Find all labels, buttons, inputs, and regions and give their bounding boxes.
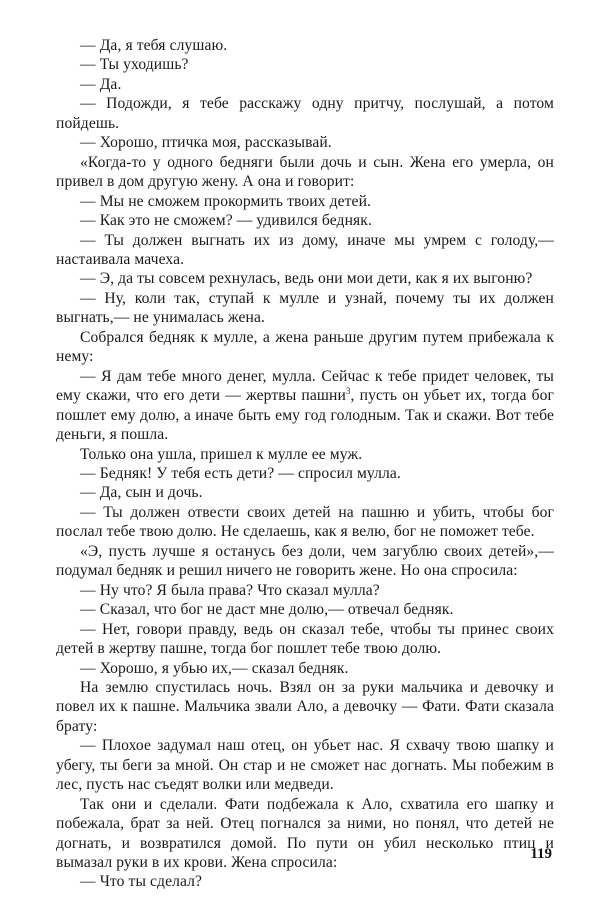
paragraph: — Сказал, что бог не даст мне долю,— отв… (56, 600, 554, 619)
paragraph: — Да, сын и дочь. (56, 483, 554, 502)
paragraph: — Э, да ты совсем рехнулась, ведь они мо… (56, 269, 554, 288)
paragraph: — Что ты сделал? (56, 872, 554, 891)
paragraph: — Нет, говори правду, ведь он сказал теб… (56, 620, 554, 659)
paragraph: — Хорошо, птичка моя, рассказывай. (56, 133, 554, 152)
paragraph: — Ты уходишь? (56, 55, 554, 74)
paragraph: — Да. (56, 75, 554, 94)
page-text: — Да, я тебя слушаю. — Ты уходишь? — Да.… (56, 36, 554, 892)
paragraph: — Мы не сможем прокормить твоих детей. (56, 192, 554, 211)
paragraph: — Плохое задумал наш отец, он убьет нас.… (56, 736, 554, 794)
page-number: 119 (530, 846, 552, 863)
paragraph: — Как это не сможем? — удивился бедняк. (56, 211, 554, 230)
paragraph: — Ну, коли так, ступай к мулле и узнай, … (56, 289, 554, 328)
paragraph: — Бедняк! У тебя есть дети? — спросил му… (56, 464, 554, 483)
paragraph: — Подожди, я тебе расскажу одну притчу, … (56, 94, 554, 133)
paragraph: — Ну что? Я была права? Что сказал мулла… (56, 581, 554, 600)
paragraph: Собрался бедняк к мулле, а жена раньше д… (56, 328, 554, 367)
paragraph: — Да, я тебя слушаю. (56, 36, 554, 55)
paragraph: — Хорошо, я убью их,— сказал бедняк. (56, 659, 554, 678)
paragraph: На землю спустилась ночь. Взял он за рук… (56, 678, 554, 736)
paragraph: — Ты должен выгнать их из дому, иначе мы… (56, 231, 554, 270)
paragraph: «Когда-то у одного бедняги были дочь и с… (56, 153, 554, 192)
paragraph: Так они и сделали. Фати подбежала к Ало,… (56, 795, 554, 873)
paragraph: Только она ушла, пришел к мулле ее муж. (56, 445, 554, 464)
paragraph: «Э, пусть лучше я останусь без доли, чем… (56, 542, 554, 581)
paragraph-with-footnote: — Я дам тебе много денег, мулла. Сейчас … (56, 367, 554, 445)
paragraph: — Ты должен отвести своих детей на пашню… (56, 503, 554, 542)
